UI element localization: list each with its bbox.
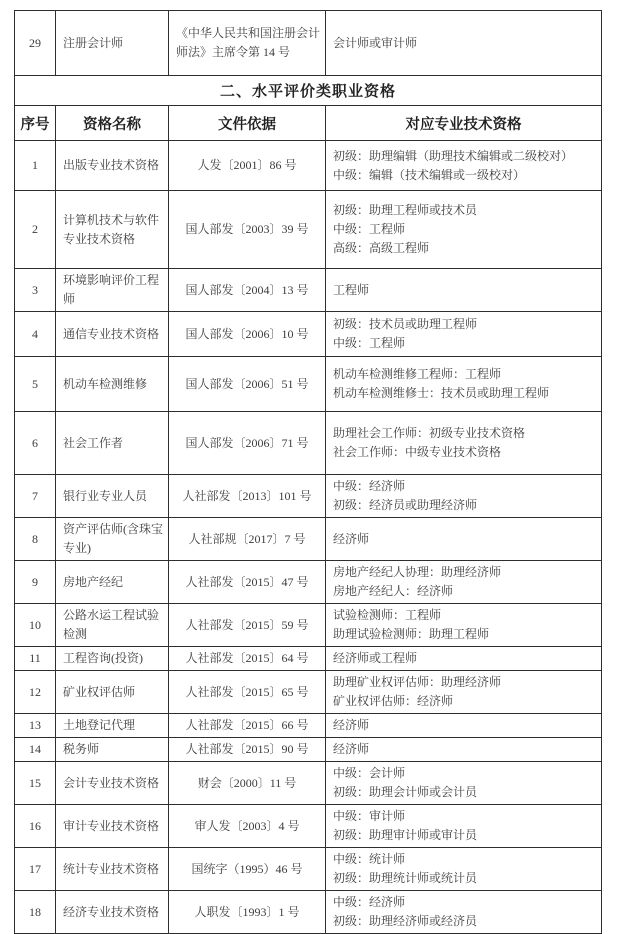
qualification-name: 会计专业技术资格: [56, 762, 169, 805]
row-number: 2: [15, 191, 56, 269]
document-basis: 人社部发〔2015〕47 号: [169, 561, 326, 604]
document-basis: 《中华人民共和国注册会计师法》主席令第 14 号: [169, 11, 326, 76]
qualification-line: 工程师: [333, 281, 597, 300]
column-header-qual: 对应专业技术资格: [326, 106, 602, 141]
corresponding-qualification: 中级：会计师初级：助理会计师或会计员: [326, 762, 602, 805]
document-basis: 人社部规〔2017〕7 号: [169, 518, 326, 561]
corresponding-qualification: 试验检测师：工程师助理试验检测师：助理工程师: [326, 604, 602, 647]
row-number: 11: [15, 647, 56, 671]
qualification-name: 土地登记代理: [56, 714, 169, 738]
table-row: 9房地产经纪人社部发〔2015〕47 号房地产经纪人协理：助理经济师房地产经纪人…: [15, 561, 602, 604]
table-row: 17统计专业技术资格国统字（1995）46 号中级：统计师初级：助理统计师或统计…: [15, 848, 602, 891]
corresponding-qualification: 初级：助理工程师或技术员中级：工程师高级：高级工程师: [326, 191, 602, 269]
qualification-line: 房地产经纪人协理：助理经济师: [333, 563, 597, 582]
row-number: 1: [15, 141, 56, 191]
qualification-name: 矿业权评估师: [56, 671, 169, 714]
corresponding-qualification: 中级：统计师初级：助理统计师或统计员: [326, 848, 602, 891]
row-number: 8: [15, 518, 56, 561]
qualification-name: 环境影响评价工程师: [56, 269, 169, 312]
corresponding-qualification: 初级：技术员或助理工程师中级：工程师: [326, 312, 602, 357]
table-row: 4通信专业技术资格国人部发〔2006〕10 号初级：技术员或助理工程师中级：工程…: [15, 312, 602, 357]
corresponding-qualification: 工程师: [326, 269, 602, 312]
qualification-line: 中级：工程师: [333, 220, 597, 239]
document-basis: 人社部发〔2015〕65 号: [169, 671, 326, 714]
qualification-name: 税务师: [56, 738, 169, 762]
table-row: 7银行业专业人员人社部发〔2013〕101 号中级：经济师初级：经济员或助理经济…: [15, 475, 602, 518]
row-number: 14: [15, 738, 56, 762]
document-basis: 人发〔2001〕86 号: [169, 141, 326, 191]
qualification-name: 出版专业技术资格: [56, 141, 169, 191]
qualification-name: 计算机技术与软件专业技术资格: [56, 191, 169, 269]
document-basis: 国人部发〔2006〕10 号: [169, 312, 326, 357]
row-number: 18: [15, 891, 56, 934]
document-basis: 审人发〔2003〕4 号: [169, 805, 326, 848]
document-basis: 人社部发〔2013〕101 号: [169, 475, 326, 518]
table-row: 6社会工作者国人部发〔2006〕71 号助理社会工作师：初级专业技术资格社会工作…: [15, 412, 602, 475]
qualification-line: 矿业权评估师：经济师: [333, 692, 597, 711]
row-number: 3: [15, 269, 56, 312]
qualification-line: 初级：助理编辑（助理技术编辑或二级校对）: [333, 147, 597, 166]
qualification-line: 机动车检测维修士：技术员或助理工程师: [333, 384, 597, 403]
qualification-name: 资产评估师(含珠宝专业): [56, 518, 169, 561]
corresponding-qualification: 助理社会工作师：初级专业技术资格社会工作师：中级专业技术资格: [326, 412, 602, 475]
corresponding-qualification: 中级：经济师初级：经济员或助理经济师: [326, 475, 602, 518]
row-number: 10: [15, 604, 56, 647]
row-number: 7: [15, 475, 56, 518]
table-row: 12矿业权评估师人社部发〔2015〕65 号助理矿业权评估师：助理经济师矿业权评…: [15, 671, 602, 714]
corresponding-qualification: 助理矿业权评估师：助理经济师矿业权评估师：经济师: [326, 671, 602, 714]
table-row: 15会计专业技术资格财会〔2000〕11 号中级：会计师初级：助理会计师或会计员: [15, 762, 602, 805]
qualification-line: 试验检测师：工程师: [333, 606, 597, 625]
table-row: 13土地登记代理人社部发〔2015〕66 号经济师: [15, 714, 602, 738]
qualification-line: 中级：编辑（技术编辑或一级校对）: [333, 166, 597, 185]
qualification-name: 银行业专业人员: [56, 475, 169, 518]
document-basis: 人社部发〔2015〕59 号: [169, 604, 326, 647]
row-number: 29: [15, 11, 56, 76]
qualification-line: 中级：会计师: [333, 764, 597, 783]
table-row-29: 29 注册会计师 《中华人民共和国注册会计师法》主席令第 14 号 会计师或审计…: [15, 11, 602, 76]
document-basis: 国统字（1995）46 号: [169, 848, 326, 891]
row-number: 4: [15, 312, 56, 357]
row-number: 16: [15, 805, 56, 848]
table-row: 11工程咨询(投资)人社部发〔2015〕64 号经济师或工程师: [15, 647, 602, 671]
qualification-line: 助理社会工作师：初级专业技术资格: [333, 424, 597, 443]
qualification-line: 经济师或工程师: [333, 649, 597, 668]
qualification-name: 公路水运工程试验检测: [56, 604, 169, 647]
row-number: 15: [15, 762, 56, 805]
qualification-name: 注册会计师: [56, 11, 169, 76]
qualification-line: 初级：助理工程师或技术员: [333, 201, 597, 220]
qualification-name: 工程咨询(投资): [56, 647, 169, 671]
document-basis: 人社部发〔2015〕90 号: [169, 738, 326, 762]
qualification-line: 初级：助理统计师或统计员: [333, 869, 597, 888]
column-header-no: 序号: [15, 106, 56, 141]
row-number: 13: [15, 714, 56, 738]
document-basis: 财会〔2000〕11 号: [169, 762, 326, 805]
table-row: 5机动车检测维修国人部发〔2006〕51 号机动车检测维修工程师：工程师机动车检…: [15, 357, 602, 412]
qualification-line: 经济师: [333, 530, 597, 549]
corresponding-qualification: 中级：经济师初级：助理经济师或经济员: [326, 891, 602, 934]
qualification-line: 中级：经济师: [333, 477, 597, 496]
document-basis: 国人部发〔2006〕51 号: [169, 357, 326, 412]
document-page: 29 注册会计师 《中华人民共和国注册会计师法》主席令第 14 号 会计师或审计…: [0, 0, 620, 897]
qualification-name: 经济专业技术资格: [56, 891, 169, 934]
qualification-line: 经济师: [333, 716, 597, 735]
row-number: 12: [15, 671, 56, 714]
qualification-line: 助理试验检测师：助理工程师: [333, 625, 597, 644]
qualification-name: 统计专业技术资格: [56, 848, 169, 891]
table-row: 2计算机技术与软件专业技术资格国人部发〔2003〕39 号初级：助理工程师或技术…: [15, 191, 602, 269]
qualification-line: 初级：助理会计师或会计员: [333, 783, 597, 802]
corresponding-qualification: 房地产经纪人协理：助理经济师房地产经纪人：经济师: [326, 561, 602, 604]
qualification-name: 通信专业技术资格: [56, 312, 169, 357]
table-row: 1出版专业技术资格人发〔2001〕86 号初级：助理编辑（助理技术编辑或二级校对…: [15, 141, 602, 191]
corresponding-qualification: 经济师或工程师: [326, 647, 602, 671]
qualification-line: 中级：工程师: [333, 334, 597, 353]
corresponding-qualification: 经济师: [326, 738, 602, 762]
document-basis: 国人部发〔2004〕13 号: [169, 269, 326, 312]
table-header-row: 序号 资格名称 文件依据 对应专业技术资格: [15, 106, 602, 141]
row-number: 6: [15, 412, 56, 475]
qualification-name: 社会工作者: [56, 412, 169, 475]
qualification-line: 中级：统计师: [333, 850, 597, 869]
qualification-line: 机动车检测维修工程师：工程师: [333, 365, 597, 384]
qualification-line: 助理矿业权评估师：助理经济师: [333, 673, 597, 692]
document-basis: 国人部发〔2003〕39 号: [169, 191, 326, 269]
qualification-line: 中级：经济师: [333, 893, 597, 912]
row-number: 5: [15, 357, 56, 412]
table-row: 16审计专业技术资格审人发〔2003〕4 号中级：审计师初级：助理审计师或审计员: [15, 805, 602, 848]
qualification-line: 高级：高级工程师: [333, 239, 597, 258]
qualification-line: 房地产经纪人：经济师: [333, 582, 597, 601]
qualification-line: 初级：助理审计师或审计员: [333, 826, 597, 845]
qualification-line: 中级：审计师: [333, 807, 597, 826]
qualification-name: 机动车检测维修: [56, 357, 169, 412]
qualification-line: 社会工作师：中级专业技术资格: [333, 443, 597, 462]
qualification-table: 29 注册会计师 《中华人民共和国注册会计师法》主席令第 14 号 会计师或审计…: [14, 10, 602, 934]
row-number: 17: [15, 848, 56, 891]
corresponding-qualification: 机动车检测维修工程师：工程师机动车检测维修士：技术员或助理工程师: [326, 357, 602, 412]
qualification-line: 初级：经济员或助理经济师: [333, 496, 597, 515]
column-header-name: 资格名称: [56, 106, 169, 141]
document-basis: 人职发〔1993〕1 号: [169, 891, 326, 934]
table-row: 10公路水运工程试验检测人社部发〔2015〕59 号试验检测师：工程师助理试验检…: [15, 604, 602, 647]
section-title-row: 二、水平评价类职业资格: [15, 76, 602, 106]
qualification-name: 审计专业技术资格: [56, 805, 169, 848]
table-row: 8资产评估师(含珠宝专业)人社部规〔2017〕7 号经济师: [15, 518, 602, 561]
qualification-line: 初级：技术员或助理工程师: [333, 315, 597, 334]
table-row: 14税务师人社部发〔2015〕90 号经济师: [15, 738, 602, 762]
column-header-doc: 文件依据: [169, 106, 326, 141]
corresponding-qualification: 经济师: [326, 518, 602, 561]
corresponding-qualification: 会计师或审计师: [326, 11, 602, 76]
corresponding-qualification: 初级：助理编辑（助理技术编辑或二级校对）中级：编辑（技术编辑或一级校对）: [326, 141, 602, 191]
document-basis: 人社部发〔2015〕64 号: [169, 647, 326, 671]
section-title: 二、水平评价类职业资格: [15, 76, 602, 106]
document-basis: 国人部发〔2006〕71 号: [169, 412, 326, 475]
table-row: 3环境影响评价工程师国人部发〔2004〕13 号工程师: [15, 269, 602, 312]
row-number: 9: [15, 561, 56, 604]
document-basis: 人社部发〔2015〕66 号: [169, 714, 326, 738]
corresponding-qualification: 中级：审计师初级：助理审计师或审计员: [326, 805, 602, 848]
qualification-name: 房地产经纪: [56, 561, 169, 604]
corresponding-qualification: 经济师: [326, 714, 602, 738]
qualification-line: 初级：助理经济师或经济员: [333, 912, 597, 931]
qualification-line: 经济师: [333, 740, 597, 759]
